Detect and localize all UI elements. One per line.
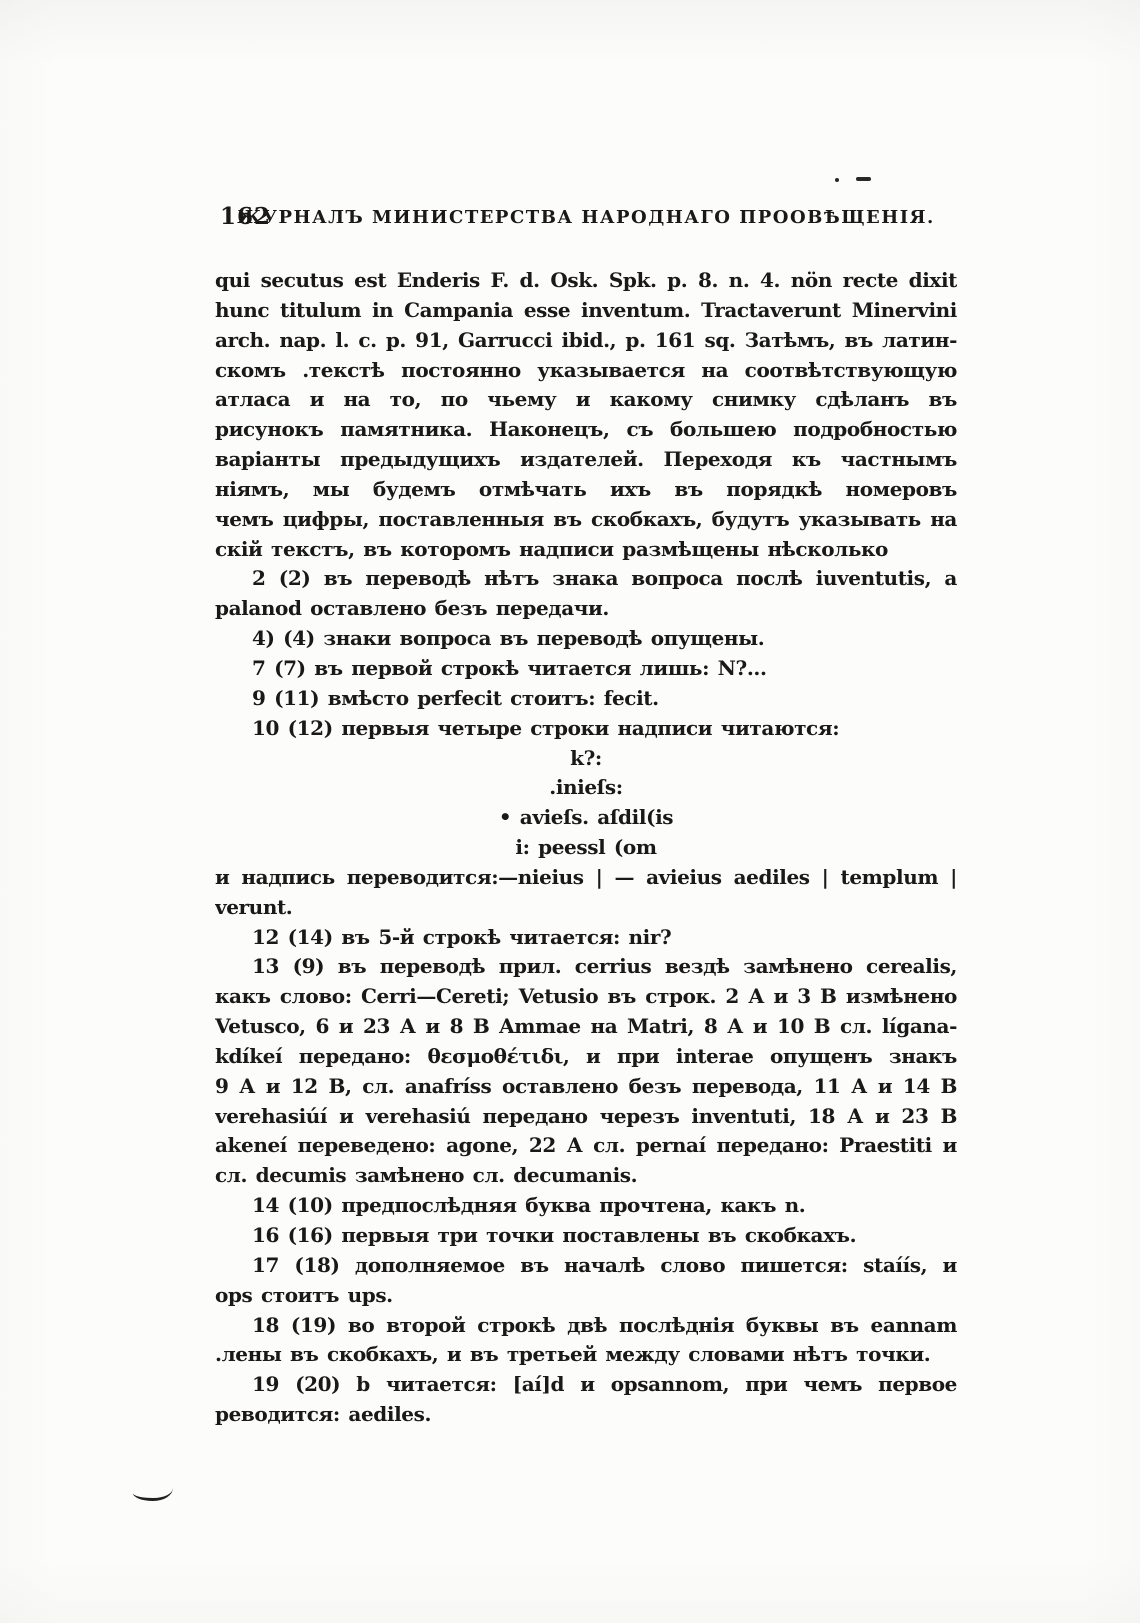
- text-line: скій текстъ, въ которомъ надписи размѣще…: [215, 535, 957, 565]
- scan-speck-dot: [835, 178, 839, 182]
- journal-title: ЖУРНАЛЪ МИНИСТЕРСТВА НАРОДНАГО ПРООВѢЩЕН…: [215, 207, 957, 228]
- text-line: 14 (10) предпослѣдняя буква прочтена, ка…: [215, 1191, 957, 1221]
- page-header: 162 ЖУРНАЛЪ МИНИСТЕРСТВА НАРОДНАГО ПРООВ…: [215, 203, 957, 235]
- text-line: скомъ .текстѣ постоянно указывается на с…: [215, 356, 957, 386]
- text-line: ніямъ, мы будемъ отмѣчать ихъ въ порядкѣ…: [215, 475, 957, 505]
- text-line: сл. decumis замѣнено сл. decumanis.: [215, 1161, 957, 1191]
- scan-speck-dash: [856, 177, 871, 181]
- text-line: verunt.: [215, 893, 957, 923]
- text-line: kdíkeí передано: θεσμοθέτιδι, и при inte…: [215, 1042, 957, 1072]
- text-line: .лены въ скобкахъ, и въ третьей между сл…: [215, 1340, 957, 1370]
- text-line: arch. nap. l. c. p. 91, Garrucci ibid., …: [215, 326, 957, 356]
- text-line: 19 (20) b читается: [aí]d и opsannom, пр…: [215, 1370, 957, 1400]
- scan-pen-stroke: [133, 1488, 173, 1501]
- scanned-page: 162 ЖУРНАЛЪ МИНИСТЕРСТВА НАРОДНАГО ПРООВ…: [0, 0, 1140, 1623]
- text-line: 17 (18) дополняемое въ началѣ слово пише…: [215, 1251, 957, 1281]
- text-line: 9 А и 12 В, сл. anafríss оставлено безъ …: [215, 1072, 957, 1102]
- text-line: • avieſs. aſdil(is: [215, 803, 957, 833]
- text-line: 10 (12) первыя четыре строки надписи чит…: [215, 714, 957, 744]
- text-line: verehasiúí и verehasiú передано черезъ i…: [215, 1102, 957, 1132]
- text-line: Vetusco, 6 и 23 А и 8 В Ammae на Matri, …: [215, 1012, 957, 1042]
- text-line: варіанты предыдущихъ издателей. Переходя…: [215, 445, 957, 475]
- text-line: 13 (9) въ переводѣ прил. cerrius вездѣ з…: [215, 952, 957, 982]
- text-line: реводится: aediles.: [215, 1400, 957, 1430]
- body-text: qui secutus est Enderis F. d. Osk. Spk. …: [215, 266, 957, 1430]
- text-line: атласа и на то, по чьему и какому снимку…: [215, 385, 957, 415]
- text-line: 12 (14) въ 5-й строкѣ читается: nir?: [215, 923, 957, 953]
- text-line: и надпись переводится:—nieius | — avieiu…: [215, 863, 957, 893]
- text-line: какъ слово: Cerri—Cereti; Vetusio въ стр…: [215, 982, 957, 1012]
- text-line: palanod оставлено безъ передачи.: [215, 594, 957, 624]
- text-line: k?:: [215, 744, 957, 774]
- text-line: .inieſs:: [215, 773, 957, 803]
- text-line: 2 (2) въ переводѣ нѣтъ знака вопроса пос…: [215, 564, 957, 594]
- text-line: чемъ цифры, поставленныя въ скобкахъ, бу…: [215, 505, 957, 535]
- text-line: 18 (19) во второй строкѣ двѣ послѣднія б…: [215, 1311, 957, 1341]
- text-line: akeneí переведено: agone, 22 А сл. perna…: [215, 1131, 957, 1161]
- text-line: 4) (4) знаки вопроса въ переводѣ опущены…: [215, 624, 957, 654]
- text-line: i: peessl (om: [215, 833, 957, 863]
- text-line: рисунокъ памятника. Наконецъ, съ большею…: [215, 415, 957, 445]
- text-line: 16 (16) первыя три точки поставлены въ с…: [215, 1221, 957, 1251]
- text-line: 9 (11) вмѣсто perfecit стоитъ: fecit.: [215, 684, 957, 714]
- text-line: hunc titulum in Campania esse inventum. …: [215, 296, 957, 326]
- text-line: ops стоитъ ups.: [215, 1281, 957, 1311]
- text-line: 7 (7) въ первой строкѣ читается лишь: N?…: [215, 654, 957, 684]
- text-line: qui secutus est Enderis F. d. Osk. Spk. …: [215, 266, 957, 296]
